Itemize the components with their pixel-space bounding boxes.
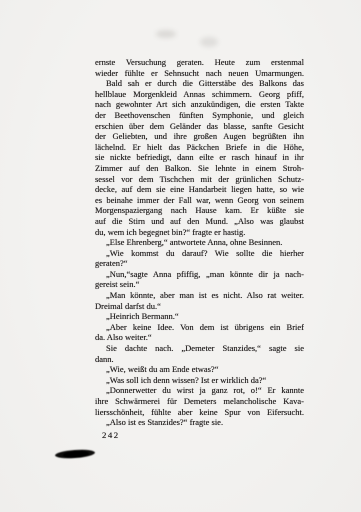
text-line: der Beethovenschen fünften Symphonie, un… [95, 110, 304, 121]
scanned-book-page: ernste Versuchung geraten. Heute zum ers… [0, 0, 361, 512]
text-line: „Also ist es Stanzides?“ fragte sie. [95, 417, 304, 428]
text-line: sessel vor dem Tischchen mit der grünlic… [95, 174, 304, 185]
ink-smudge-mark [55, 449, 95, 460]
text-line: wieder fühlte er Sehnsucht nach neuen Um… [95, 68, 304, 79]
text-line: „Was soll ich denn wissen? Ist er wirkli… [95, 375, 304, 386]
text-line: erschien über dem Geländer das blasse, s… [95, 121, 304, 132]
text-line: „Donnerwetter du wirst ja ganz rot, o!“ … [95, 385, 304, 396]
text-line: ernste Versuchung geraten. Heute zum ers… [95, 57, 304, 68]
text-line: gereist sein.“ [95, 279, 304, 290]
text-line: „Nun,“sagte Anna pfiffig, „man könnte di… [95, 269, 304, 280]
text-line: liersschönheit, fühlte aber keine Spur v… [95, 407, 304, 418]
text-line: lächelnd. Er hielt das Päckchen Briefe i… [95, 142, 304, 153]
text-line: ihre Schwärmerei für Demeters melancholi… [95, 396, 304, 407]
text-line: es beinahe immer der Fall war, wenn Geor… [95, 195, 304, 206]
text-line: du, wem ich begegnet bin?“ fragte er has… [95, 227, 304, 238]
text-line: Bald sah er durch die Gitterstäbe des Ba… [95, 78, 304, 89]
text-line: auf die Stirn und auf den Mund. „Also wa… [95, 216, 304, 227]
text-line: „Else Ehrenberg,“ antwortete Anna, ohne … [95, 237, 304, 248]
text-line: hellblaue Morgenkleid Annas schimmern. G… [95, 89, 304, 100]
text-line: Sie dachte nach. „Demeter Stanzides,“ sa… [95, 343, 304, 354]
paper-smudge [200, 37, 218, 47]
text-line: „Heinrich Bermann.“ [95, 311, 304, 322]
text-line: Morgenspaziergang nach Hause kam. Er küß… [95, 205, 304, 216]
text-line: der Geliebten, und ihre großen Augen beg… [95, 131, 304, 142]
text-line: sie nickte befriedigt, dann eilte er ras… [95, 152, 304, 163]
text-line: „Wie, weißt du am Ende etwas?“ [95, 364, 304, 375]
text-line: „Wie kommst du darauf? Wie sollte die hi… [95, 248, 304, 259]
text-line: nach gewohnter Art sich anzukündigen, di… [95, 99, 304, 110]
text-line: decke, auf dem sie eine Handarbeit liege… [95, 184, 304, 195]
text-line: „Man könnte, aber man ist es nicht. Also… [95, 290, 304, 301]
paper-smudge [156, 30, 176, 38]
text-line: da. Also weiter.“ [95, 332, 304, 343]
text-line: Dreimal darfst du.“ [95, 301, 304, 312]
page-number: 242 [102, 430, 120, 440]
page-text: ernste Versuchung geraten. Heute zum ers… [95, 57, 304, 428]
text-line: dann. [95, 354, 304, 365]
text-line: „Aber keine Idee. Von dem ist übrigens e… [95, 322, 304, 333]
text-line: Zimmer auf den Balkon. Sie lehnte in ein… [95, 163, 304, 174]
text-line: geraten?“ [95, 258, 304, 269]
